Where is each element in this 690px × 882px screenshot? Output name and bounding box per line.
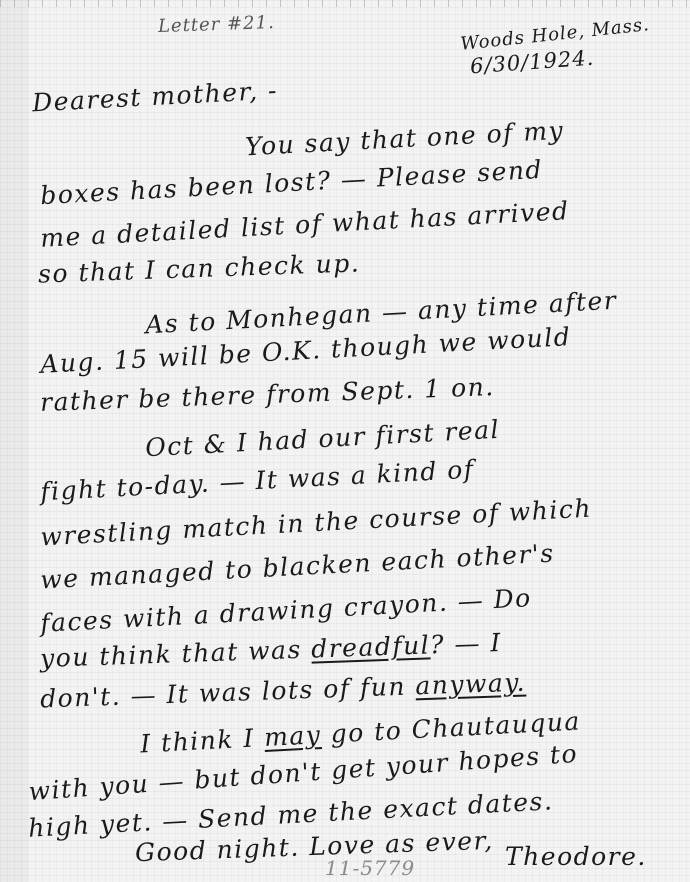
body-text: you think that was — [40, 635, 303, 673]
letter-number: Letter #21. — [158, 12, 275, 37]
body-text: ? — I — [430, 628, 503, 659]
underlined-word: anyway. — [415, 668, 527, 701]
signature: Theodore. — [505, 842, 647, 871]
underlined-word: may — [263, 720, 322, 752]
letter-page: Letter #21. Woods Hole, Mass. 6/30/1924.… — [0, 0, 690, 882]
body-text: I think I — [140, 724, 256, 759]
salutation: Dearest mother, - — [31, 76, 278, 118]
body-line: don't. — It was lots of fun anyway. — [40, 668, 527, 714]
body-text: don't. — It was lots of fun — [40, 672, 407, 714]
paper-ruling-ticks — [0, 0, 690, 7]
paper-margin — [0, 0, 28, 882]
body-line: You say that one of my — [244, 116, 564, 162]
body-line: fight to-day. — It was a kind of — [40, 455, 476, 507]
body-line: rather be there from Sept. 1 on. — [40, 372, 496, 417]
underlined-word: dreadful — [311, 630, 431, 663]
body-line: so that I can check up. — [38, 248, 361, 288]
archive-number: 11-5779 — [325, 856, 415, 880]
body-line: you think that was dreadful? — I — [40, 628, 503, 673]
